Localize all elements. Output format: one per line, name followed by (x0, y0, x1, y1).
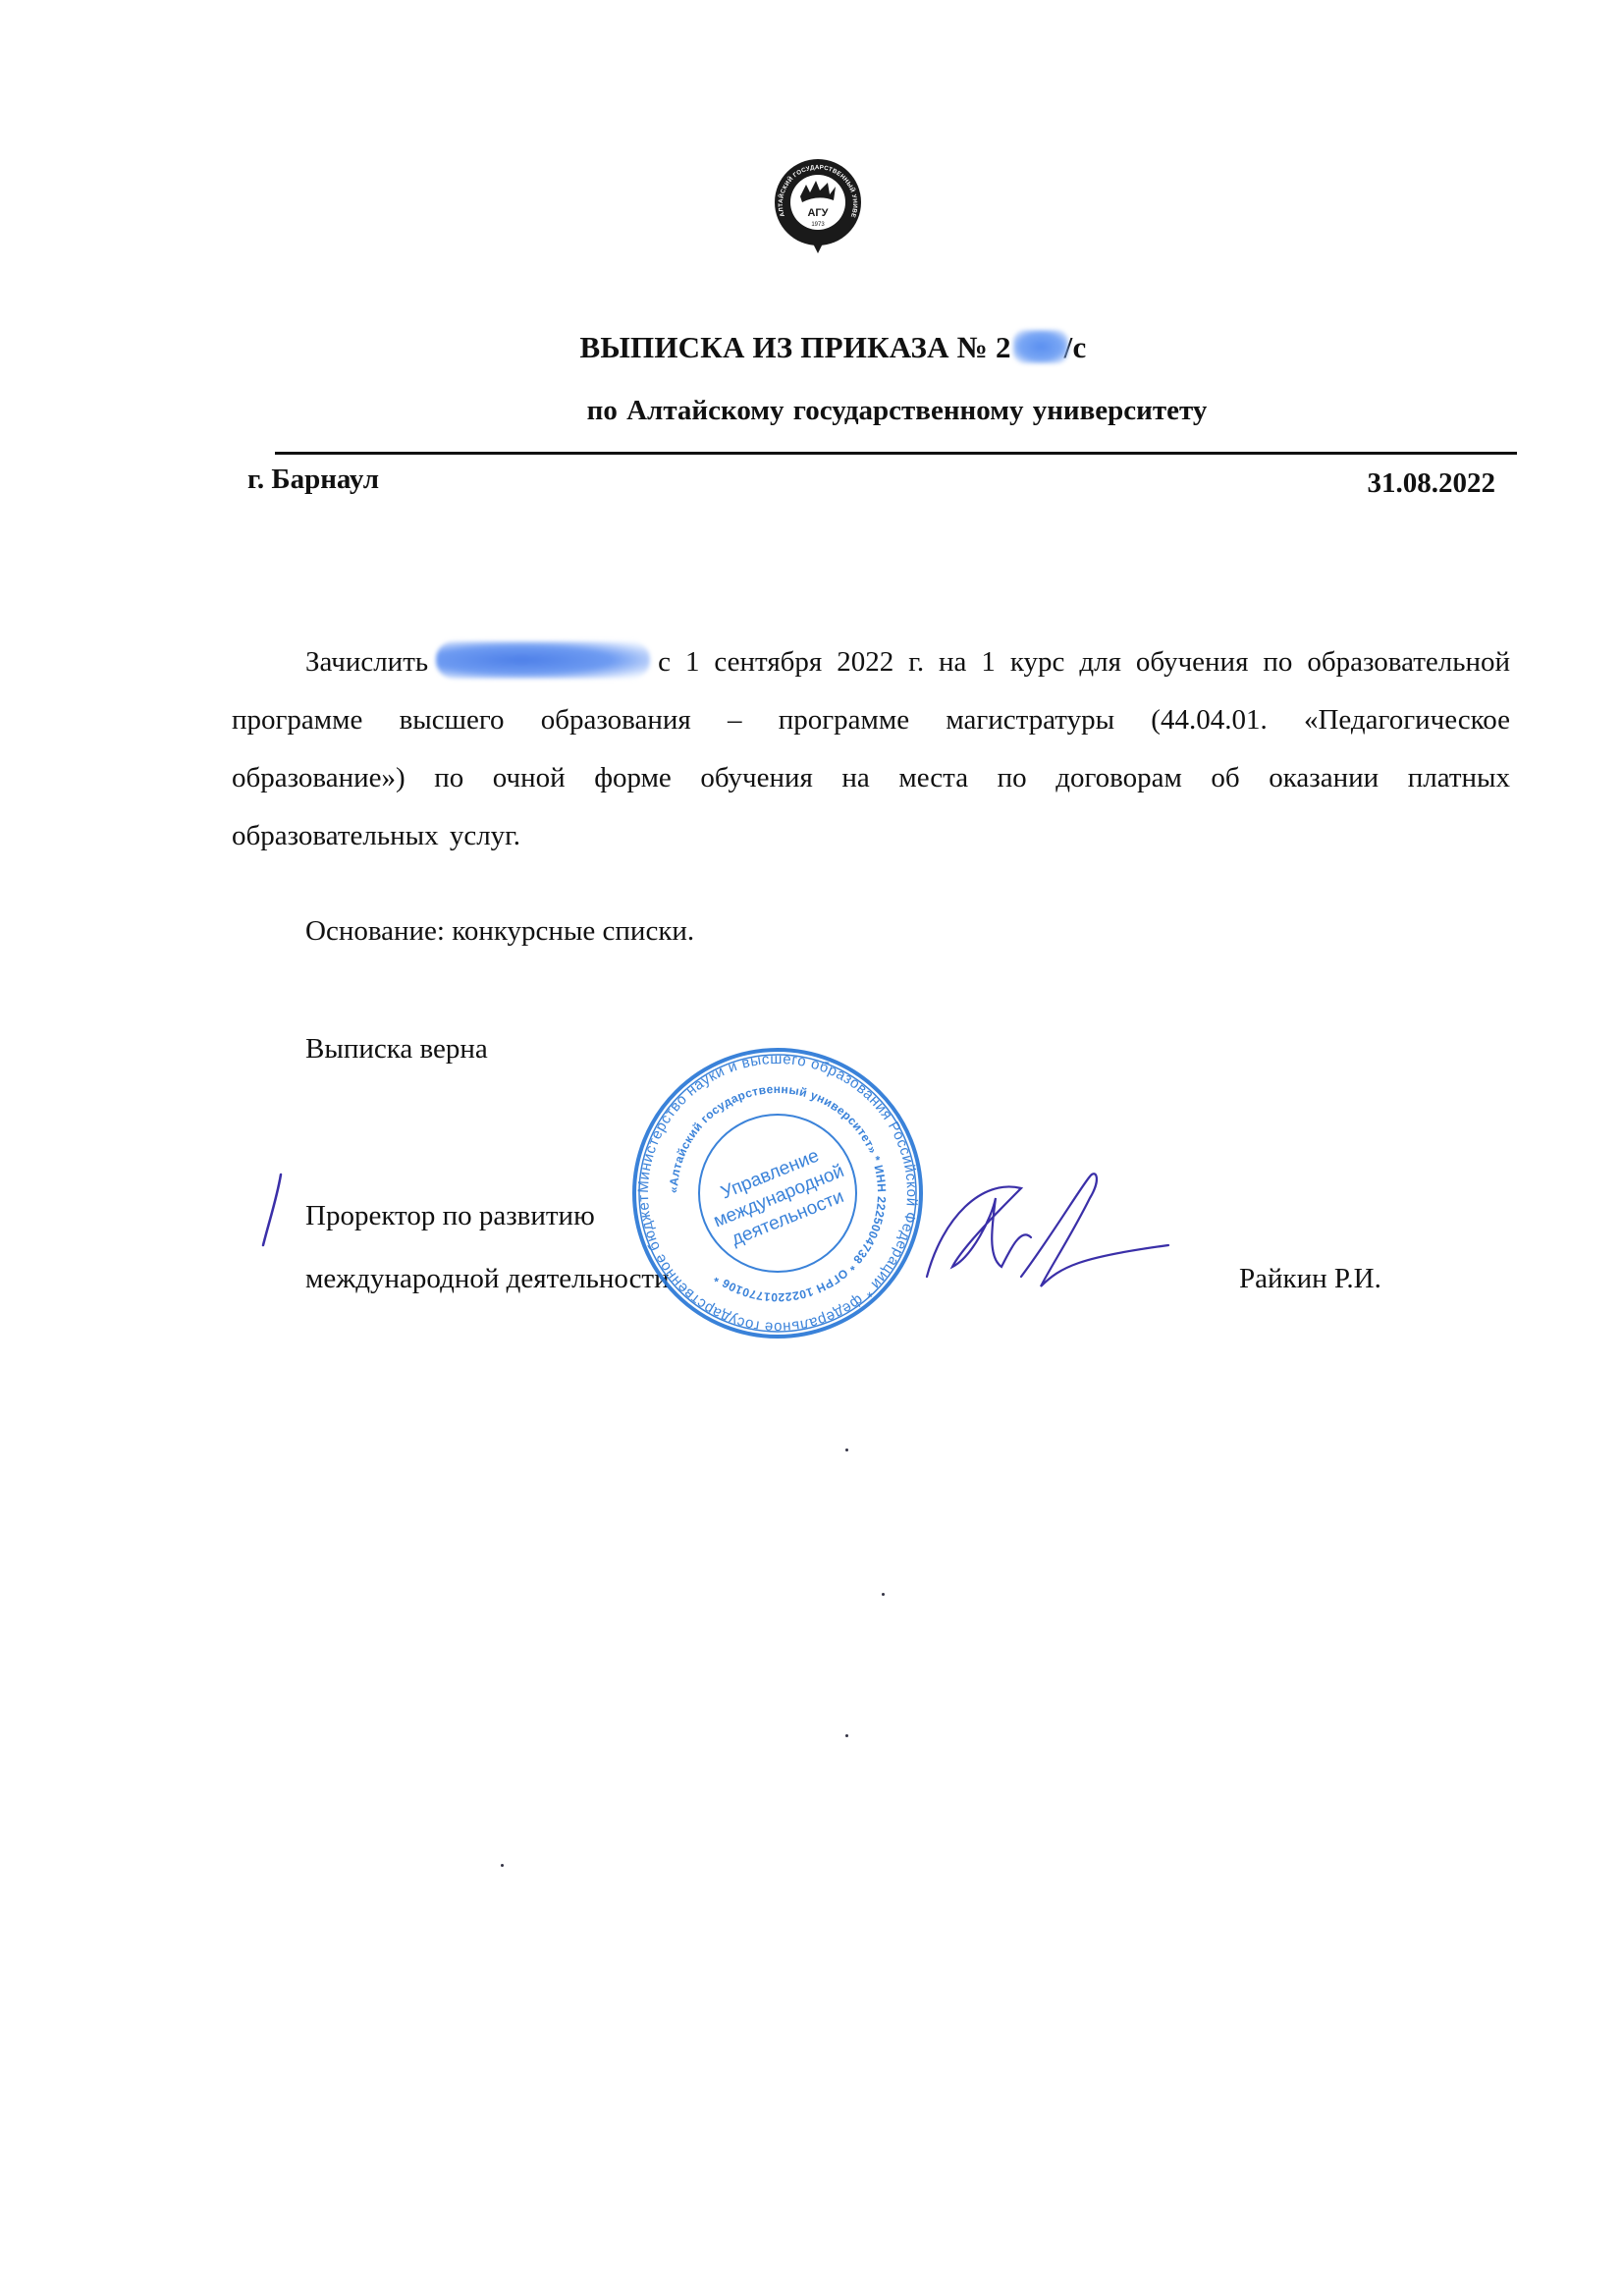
student-name-redaction (436, 641, 650, 679)
title-prefix: ВЫПИСКА ИЗ ПРИКАЗА № 2 (580, 330, 1011, 364)
order-number-redaction (1013, 330, 1068, 363)
city: г. Барнаул (247, 464, 379, 496)
document-title: ВЫПИСКА ИЗ ПРИКАЗА № 2/с (22, 330, 1623, 365)
enroll-word: Зачислить (305, 646, 428, 678)
basis-line: Основание: конкурсные списки. (305, 915, 694, 948)
document-date: 31.08.2022 (1368, 467, 1496, 500)
university-logo-icon: АГУ 1973 АЛТАЙСКИЙ ГОСУДАРСТВЕННЫЙ УНИВЕ… (773, 157, 863, 255)
logo-year: 1973 (811, 222, 825, 228)
signer-position-line2: международной деятельности (305, 1263, 670, 1295)
header-divider (275, 452, 1517, 455)
signer-position-line1: Проректор по развитию (305, 1200, 595, 1232)
handwritten-signature-icon (923, 1159, 1178, 1296)
document-subtitle: по Алтайскому государственному университ… (85, 395, 1623, 427)
scan-speck (501, 1864, 504, 1867)
scan-speck (845, 1449, 848, 1451)
pen-mark-icon (257, 1171, 287, 1249)
logo-abbr: АГУ (807, 207, 828, 219)
signer-name: Райкин Р.И. (1239, 1263, 1381, 1295)
verified-line: Выписка верна (305, 1033, 488, 1066)
scan-speck (882, 1593, 885, 1596)
scan-speck (845, 1734, 848, 1737)
official-stamp-icon: Министерство науки и высшего образования… (630, 1041, 925, 1345)
enrollment-paragraph: Зачислитьс 1 сентября 2022 г. на 1 курс … (232, 633, 1510, 865)
